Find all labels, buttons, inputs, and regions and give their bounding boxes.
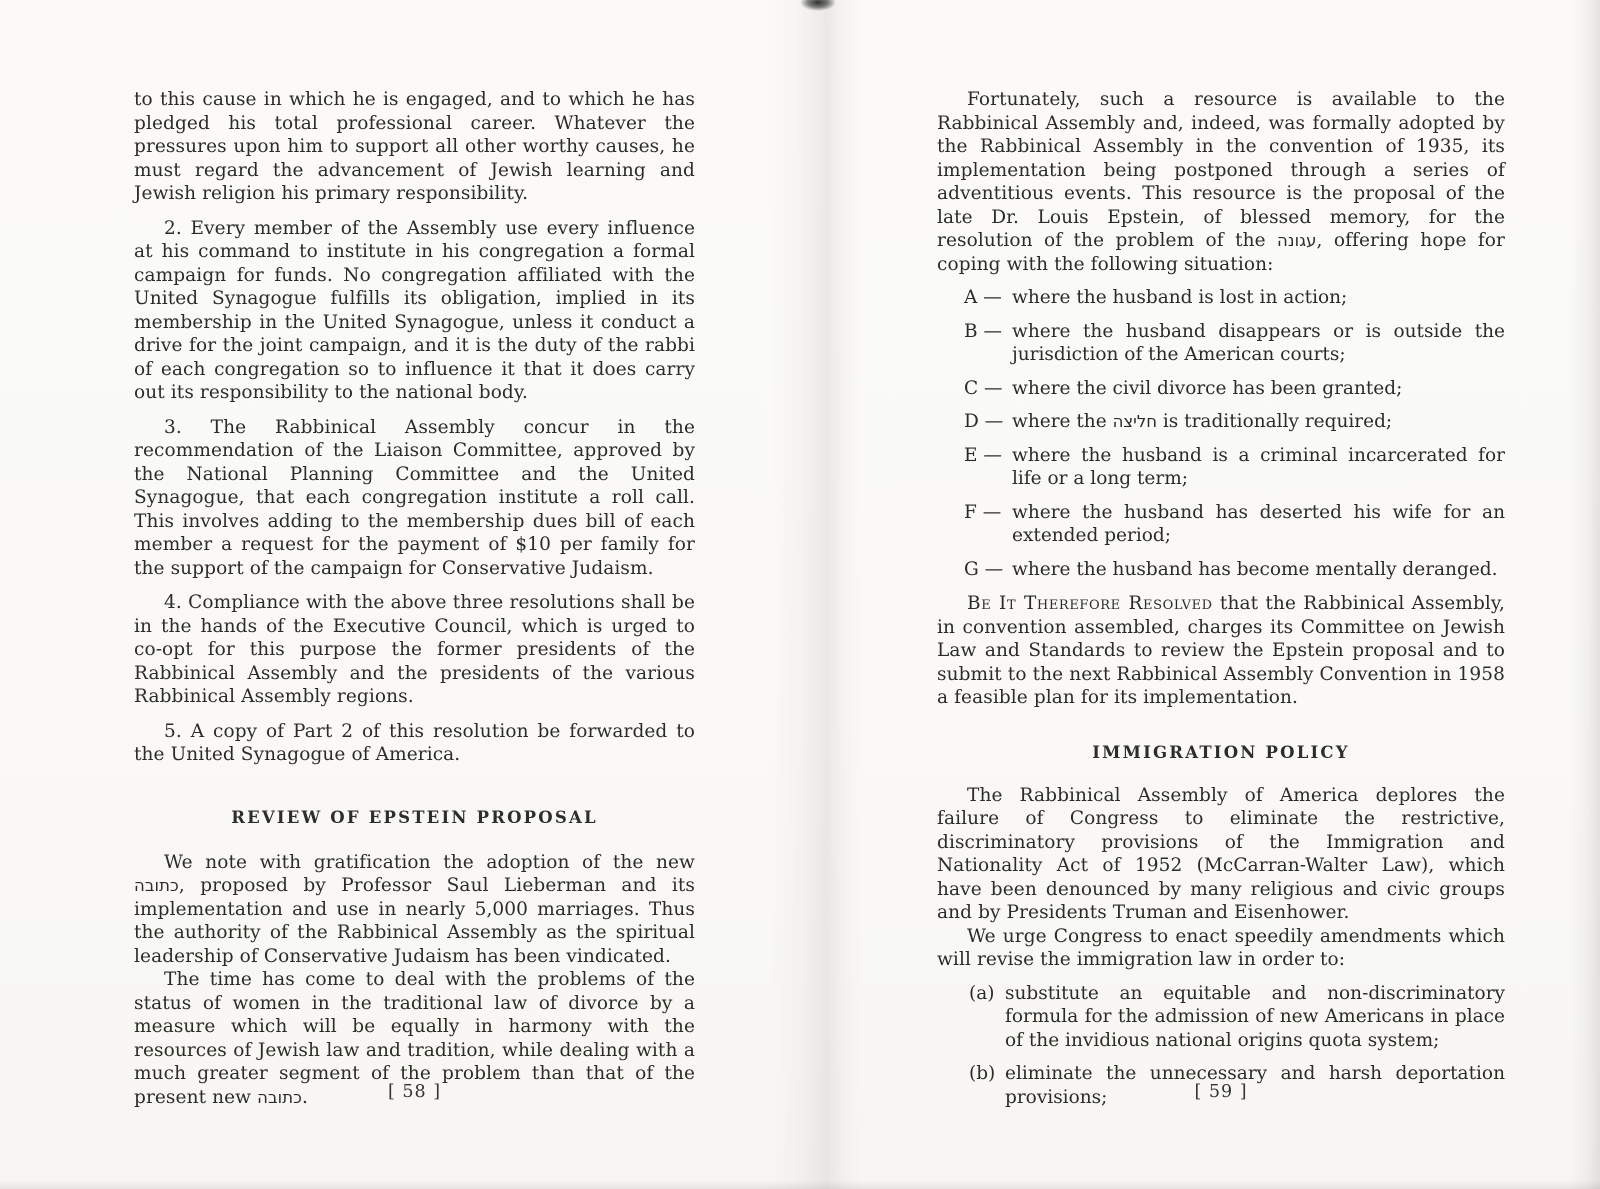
list-item-text: where the civil divorce has been granted… xyxy=(1012,377,1505,401)
right-edge-shadow xyxy=(1570,0,1600,1189)
text-run: where the husband disappears or is outsi… xyxy=(1012,321,1505,366)
text-run: Fortunately, such a resource is availabl… xyxy=(937,89,1505,251)
text-run: , proposed by Professor Saul Lieberman a… xyxy=(134,875,695,967)
text-run: 5. A copy of Part 2 of this resolution b… xyxy=(134,721,695,766)
text-run: where the xyxy=(1012,411,1113,432)
text-run: is traditionally required; xyxy=(1157,411,1392,432)
hanging-list-item: G —where the husband has become mentally… xyxy=(964,558,1505,582)
list-item-label: F — xyxy=(964,501,1012,548)
text-run: to this cause in which he is engaged, an… xyxy=(134,89,695,204)
hanging-list-item: E —where the husband is a criminal incar… xyxy=(964,444,1505,491)
list-item-label: A — xyxy=(964,286,1012,310)
hebrew-word: עגונה xyxy=(1277,231,1317,250)
hanging-list-item: D —where the חליצה is traditionally requ… xyxy=(964,410,1505,434)
list-item-text: substitute an equitable and non-discrimi… xyxy=(1005,982,1505,1053)
list-item-text: where the husband has become mentally de… xyxy=(1012,558,1505,582)
paragraph: 2. Every member of the Assembly use ever… xyxy=(134,217,695,405)
hebrew-word: כתובה xyxy=(134,876,179,895)
paragraph: to this cause in which he is engaged, an… xyxy=(134,88,695,206)
list-item-text: where the husband is a criminal incarcer… xyxy=(1012,444,1505,491)
hebrew-word: חליצה xyxy=(1113,412,1157,431)
gutter-shadow xyxy=(770,0,862,1189)
hanging-list-item: F —where the husband has deserted his wi… xyxy=(964,501,1505,548)
text-run: where the civil divorce has been granted… xyxy=(1012,378,1402,399)
section-heading-immigration-policy: IMMIGRATION POLICY xyxy=(937,742,1505,764)
text-run: where the husband has become mentally de… xyxy=(1012,559,1498,580)
hanging-list-item: A —where the husband is lost in action; xyxy=(964,286,1505,310)
text-run: 4. Compliance with the above three resol… xyxy=(134,592,695,707)
page-left-resolutions: to this cause in which he is engaged, an… xyxy=(134,88,695,767)
list-item-label: E — xyxy=(964,444,1012,491)
text-run: We urge Congress to enact speedily amend… xyxy=(937,926,1505,971)
text-run: 2. Every member of the Assembly use ever… xyxy=(134,218,695,404)
hanging-list-item: C —where the civil divorce has been gran… xyxy=(964,377,1505,401)
paragraph: 4. Compliance with the above three resol… xyxy=(134,591,695,709)
list-item-text: where the husband has deserted his wife … xyxy=(1012,501,1505,548)
page-right-resolved-paragraph: Be It Therefore Resolved that the Rabbin… xyxy=(937,592,1505,710)
list-item-text: where the husband is lost in action; xyxy=(1012,286,1505,310)
text-run: The Rabbinical Assembly of America deplo… xyxy=(937,785,1505,924)
page-number-58: [ 58 ] xyxy=(134,1082,695,1102)
text-run: where the husband has deserted his wife … xyxy=(1012,502,1505,547)
page-number-59: [ 59 ] xyxy=(937,1082,1505,1102)
hanging-list-item: (a)substitute an equitable and non-discr… xyxy=(969,982,1505,1053)
paragraph: We note with gratification the adoption … xyxy=(134,851,695,969)
paragraph: Be It Therefore Resolved that the Rabbin… xyxy=(937,592,1505,710)
text-run: substitute an equitable and non-discrimi… xyxy=(1005,983,1505,1051)
hanging-list-item: B —where the husband disappears or is ou… xyxy=(964,320,1505,367)
text-run: where the husband is a criminal incarcer… xyxy=(1012,445,1505,490)
text-run: 3. The Rabbinical Assembly concur in the… xyxy=(134,417,695,579)
paragraph: 3. The Rabbinical Assembly concur in the… xyxy=(134,416,695,581)
page-right: Fortunately, such a resource is availabl… xyxy=(937,0,1505,1189)
situation-letter-list: A —where the husband is lost in action;B… xyxy=(964,286,1505,581)
paragraph: The Rabbinical Assembly of America deplo… xyxy=(937,784,1505,925)
text-run: We note with gratification the adoption … xyxy=(164,852,695,873)
list-item-label: B — xyxy=(964,320,1012,367)
page-right-immigration-paragraphs: The Rabbinical Assembly of America deplo… xyxy=(937,784,1505,972)
book-scan: { "colors":{"paper":"#faf9f7","ink":"#2c… xyxy=(0,0,1600,1189)
list-item-label: D — xyxy=(964,410,1012,434)
page-right-intro: Fortunately, such a resource is availabl… xyxy=(937,88,1505,276)
page-left: to this cause in which he is engaged, an… xyxy=(134,0,695,1189)
list-item-label: (a) xyxy=(969,982,1005,1053)
list-item-text: where the husband disappears or is outsi… xyxy=(1012,320,1505,367)
page-left-epstein-paragraphs: We note with gratification the adoption … xyxy=(134,851,695,1110)
paragraph: Fortunately, such a resource is availabl… xyxy=(937,88,1505,276)
page-left-content: to this cause in which he is engaged, an… xyxy=(134,0,695,1109)
list-item-text: where the חליצה is traditionally require… xyxy=(1012,410,1505,434)
small-caps-lead: Be It Therefore Resolved xyxy=(967,593,1213,614)
paragraph: 5. A copy of Part 2 of this resolution b… xyxy=(134,720,695,767)
list-item-label: C — xyxy=(964,377,1012,401)
text-run: where the husband is lost in action; xyxy=(1012,287,1347,308)
page-right-content: Fortunately, such a resource is availabl… xyxy=(937,0,1505,1109)
section-heading-epstein-proposal: REVIEW OF EPSTEIN PROPOSAL xyxy=(134,807,695,829)
list-item-label: G — xyxy=(964,558,1012,582)
paragraph: We urge Congress to enact speedily amend… xyxy=(937,925,1505,972)
